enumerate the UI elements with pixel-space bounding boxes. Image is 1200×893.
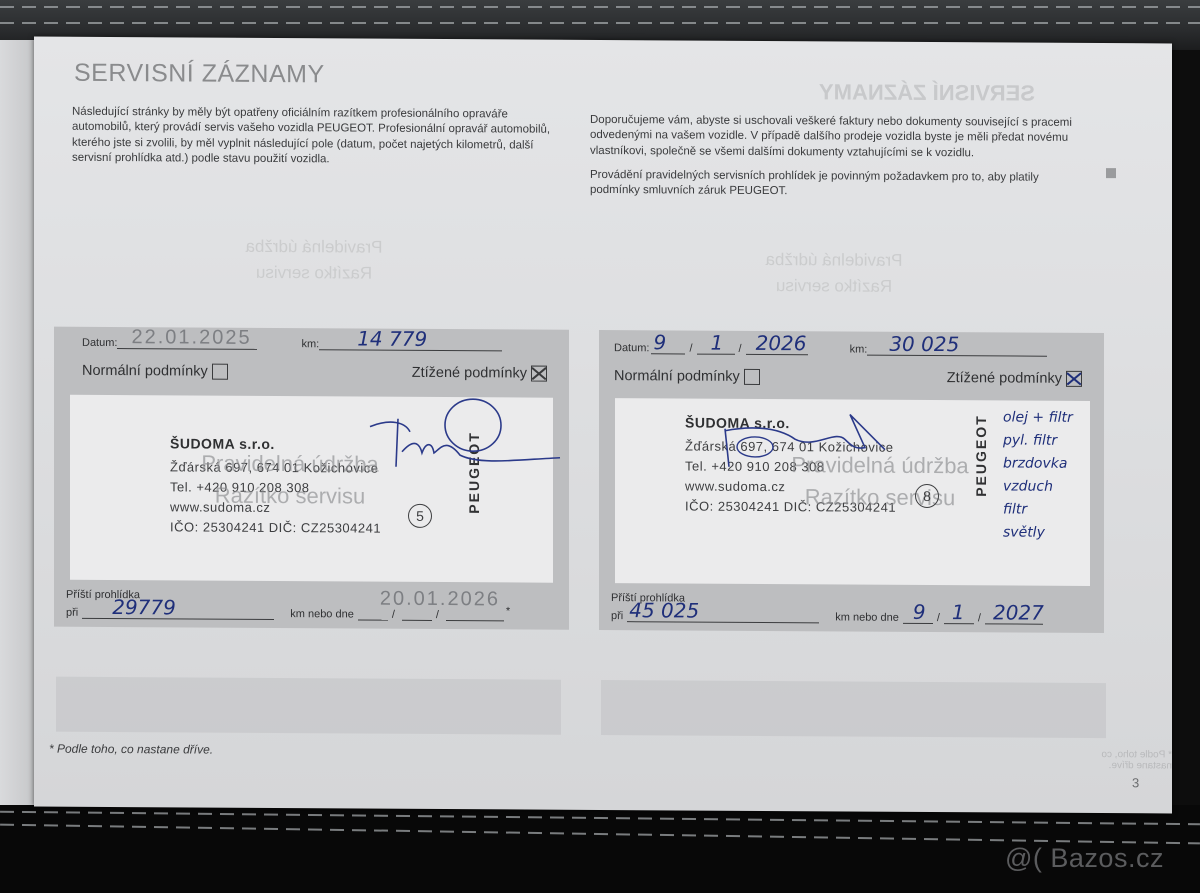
page-title: SERVISNÍ ZÁZNAMY	[74, 59, 325, 90]
normal-conditions-checkbox[interactable]	[212, 364, 228, 380]
km-or-date-label: km nebo dne	[835, 611, 899, 623]
note-item: pyl. filtr	[1003, 429, 1073, 452]
next-date-value: 20.01.2026	[380, 588, 500, 612]
slash: /	[392, 609, 395, 621]
peugeot-brand: PEUGEOT	[973, 414, 989, 497]
slash: /	[436, 609, 439, 621]
next-inspection-fields: při 45 025 km nebo dne 9 / 1 / 2027	[611, 604, 1043, 625]
stitching	[0, 22, 1200, 24]
next-year-value: 2027	[993, 600, 1044, 624]
next-inspection-row: Příští prohlídka při 29779 km nebo dne 2…	[66, 589, 569, 622]
ghost-line: Pravidelná údržba	[734, 247, 934, 274]
next-date-field[interactable]: 20.01.2026 / / *	[358, 603, 546, 622]
date-km-row: Datum: 22.01.2025 km: 14 779	[82, 331, 569, 352]
next-year-field[interactable]: 2027	[985, 606, 1043, 624]
date-year-field[interactable]: 2026	[746, 337, 808, 355]
next-day-value: 9	[913, 600, 926, 624]
intro-text-right: Doporučujeme vám, abyste si uschovali ve…	[590, 113, 1090, 202]
service-notes: olej + filtr pyl. filtr brzdovka vzduch …	[1003, 406, 1073, 544]
note-item: filtr	[1003, 498, 1073, 521]
page-number: 3	[1132, 775, 1139, 790]
slash: /	[978, 612, 981, 624]
dealer-stamp-area: ŠUDOMA s.r.o. Žďárská 697, 674 01 Kožich…	[615, 398, 1090, 586]
normal-conditions: Normální podmínky	[614, 368, 760, 385]
date-label: Datum:	[82, 337, 117, 349]
warranty-paragraph: Provádění pravidelných servisních prohlí…	[590, 168, 1090, 202]
harsh-conditions: Ztížené podmínky	[947, 370, 1082, 387]
harsh-conditions-checkbox[interactable]	[1066, 371, 1082, 387]
km-value: 14 779	[357, 326, 427, 350]
ghost-line: Razítko servisu	[214, 260, 414, 287]
km-field[interactable]: 14 779	[319, 332, 502, 351]
asterisk: *	[506, 605, 510, 617]
slash: /	[689, 343, 692, 355]
note-item: olej + filtr	[1003, 406, 1073, 429]
intro-paragraph: Doporučujeme vám, abyste si uschovali ve…	[590, 113, 1090, 162]
bleed-through-form	[56, 677, 561, 735]
note-item: světly	[1003, 521, 1073, 544]
date-day-value: 9	[653, 330, 666, 354]
service-number-badge: 8	[915, 484, 939, 508]
conditions-row: Normální podmínky Ztížené podmínky	[614, 368, 1082, 387]
normal-conditions: Normální podmínky	[82, 363, 228, 380]
stamp-line-2: Razítko servisu	[765, 481, 995, 514]
date-year-value: 2026	[756, 331, 807, 355]
date-month-field[interactable]: 1	[697, 337, 735, 355]
previous-page-edge	[0, 40, 36, 820]
footnote: * Podle toho, co nastane dříve.	[49, 742, 213, 757]
at-label: při	[66, 607, 78, 619]
km-label: km:	[301, 338, 319, 350]
date-month-value: 1	[711, 331, 724, 355]
note-item: vzduch	[1003, 475, 1073, 498]
stamp-line-1: Pravidelná údržba	[765, 449, 995, 482]
harsh-conditions-checkbox[interactable]	[531, 366, 547, 382]
next-month-field[interactable]: 1	[944, 606, 974, 624]
bleed-through-form	[601, 680, 1106, 738]
normal-conditions-label: Normální podmínky	[614, 368, 740, 385]
stitching	[0, 824, 1200, 845]
intro-text-left: Následující stránky by měly být opatřeny…	[72, 105, 562, 169]
service-number-badge: 5	[408, 504, 432, 528]
bleed-through-footnote: * Podle toho, co nastane dříve.	[1074, 749, 1172, 772]
note-item: brzdovka	[1003, 452, 1073, 475]
date-day-field[interactable]: 9	[651, 336, 685, 354]
stamp-placeholder: Pravidelná údržba Razítko servisu	[180, 447, 400, 512]
date-label: Datum:	[614, 342, 649, 354]
service-record-5: Datum: 22.01.2025 km: 14 779 Normální po…	[54, 327, 569, 630]
km-value: 30 025	[889, 332, 959, 356]
km-or-date-label: km nebo dne	[290, 608, 354, 620]
normal-conditions-checkbox[interactable]	[744, 369, 760, 385]
date-km-row: Datum: 9 / 1 / 2026 km: 30 025	[614, 336, 1104, 357]
next-km-field[interactable]: 29779	[82, 601, 274, 620]
stamp-placeholder: Pravidelná údržba Razítko servisu	[765, 449, 995, 514]
slash: /	[739, 343, 742, 355]
harsh-conditions: Ztížené podmínky	[412, 365, 547, 382]
bleed-through-text: Pravidelná údržba Razítko servisu	[214, 234, 414, 287]
conditions-row: Normální podmínky Ztížené podmínky	[82, 363, 547, 382]
harsh-conditions-label: Ztížené podmínky	[412, 365, 527, 382]
bleed-through-title: SERVISNÍ ZÁZNAMY	[819, 79, 1035, 106]
stamp-line-1: Pravidelná údržba	[180, 447, 400, 480]
service-record-8: Datum: 9 / 1 / 2026 km: 30 025 Normální …	[599, 330, 1104, 633]
next-inspection-fields: při 29779 km nebo dne 20.01.2026 / / *	[66, 601, 546, 622]
bazos-watermark: @( Bazos.cz	[1005, 843, 1164, 874]
next-day-field[interactable]: 9	[903, 606, 933, 624]
dealer-stamp-area: ŠUDOMA s.r.o. Žďárská 697, 674 01 Kožich…	[70, 395, 553, 583]
dealer-ids: IČO: 25304241 DIČ: CZ25304241	[170, 517, 381, 538]
next-km-value: 45 025	[629, 598, 699, 622]
next-km-value: 29779	[112, 595, 176, 619]
stitching	[0, 6, 1200, 8]
stamp-line-2: Razítko servisu	[180, 479, 400, 512]
ghost-line: Razítko servisu	[734, 273, 934, 300]
harsh-conditions-label: Ztížené podmínky	[947, 370, 1062, 387]
at-label: při	[611, 610, 623, 622]
date-value: 22.01.2025	[131, 326, 251, 350]
next-month-value: 1	[952, 600, 965, 624]
ghost-line: Pravidelná údržba	[214, 234, 414, 261]
km-label: km:	[850, 344, 868, 356]
km-field[interactable]: 30 025	[867, 338, 1047, 357]
normal-conditions-label: Normální podmínky	[82, 363, 208, 380]
next-inspection-row: Příští prohlídka při 45 025 km nebo dne …	[611, 592, 1104, 625]
stitching	[0, 811, 1200, 826]
square-marker-icon	[1106, 168, 1116, 178]
dealer-name: ŠUDOMA s.r.o.	[685, 413, 896, 434]
service-book-page: SERVISNÍ ZÁZNAMY SERVISNÍ ZÁZNAMY Násled…	[34, 37, 1172, 814]
peugeot-brand: PEUGEOT	[466, 431, 482, 514]
bleed-through-text: Pravidelná údržba Razítko servisu	[734, 247, 934, 300]
date-field[interactable]: 22.01.2025	[117, 331, 257, 350]
slash: /	[937, 612, 940, 624]
next-km-field[interactable]: 45 025	[627, 604, 819, 623]
